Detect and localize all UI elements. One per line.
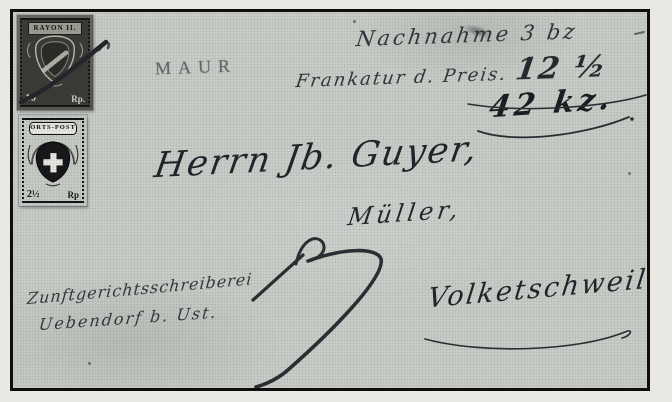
rate-mark-value: 17 xyxy=(13,12,14,13)
stamp-cross-shield-art xyxy=(24,132,82,190)
rate-mark-17 xyxy=(253,239,381,387)
stamp-denomination: 2½ Rp xyxy=(27,189,79,200)
photo-frame: RAYON II. 10 Rp. ORTS-POST xyxy=(10,9,650,391)
notation-nachnahme: Nachnahme 3 bz xyxy=(355,19,580,51)
stamp-rayon-ii: RAYON II. 10 Rp. xyxy=(17,15,93,110)
ink-dot xyxy=(630,117,634,121)
address-line-town: Volketschweil xyxy=(426,264,649,315)
stamp-currency: Rp. xyxy=(71,92,85,104)
stamp-denomination: 10 Rp. xyxy=(25,92,85,104)
stray-mark xyxy=(635,32,644,34)
stamp-orts-post: ORTS-POST 2½ Rp xyxy=(19,115,87,206)
stamp-shield-art xyxy=(22,33,88,89)
address-line-recipient: Herrn Jb. Guyer, xyxy=(152,129,482,186)
paper-speck xyxy=(88,362,91,365)
stamp-orts-post-design: ORTS-POST 2½ Rp xyxy=(22,118,84,203)
postmark-maur: MAUR xyxy=(155,56,238,80)
sender-note-line1: Zunftgerichtsschreiberei xyxy=(26,269,253,308)
paper-speck xyxy=(353,20,356,23)
underline-town xyxy=(425,331,630,349)
notation-frankatur-text: Frankatur d. Preis. xyxy=(294,64,508,92)
stamp-rayon-ii-design: RAYON II. 10 Rp. xyxy=(20,18,90,107)
stamp-currency: Rp xyxy=(67,189,79,200)
address-line-occupation: Müller, xyxy=(346,195,464,231)
stamp-value: 10 xyxy=(25,92,36,104)
scanned-postal-cover-photo: RAYON II. 10 Rp. ORTS-POST xyxy=(0,0,672,402)
notation-total: 42 kz. xyxy=(487,81,616,125)
stamp-value: 2½ xyxy=(27,189,40,200)
paper-speck xyxy=(628,172,631,175)
sender-note-line2: Uebendorf b. Ust. xyxy=(38,303,219,335)
